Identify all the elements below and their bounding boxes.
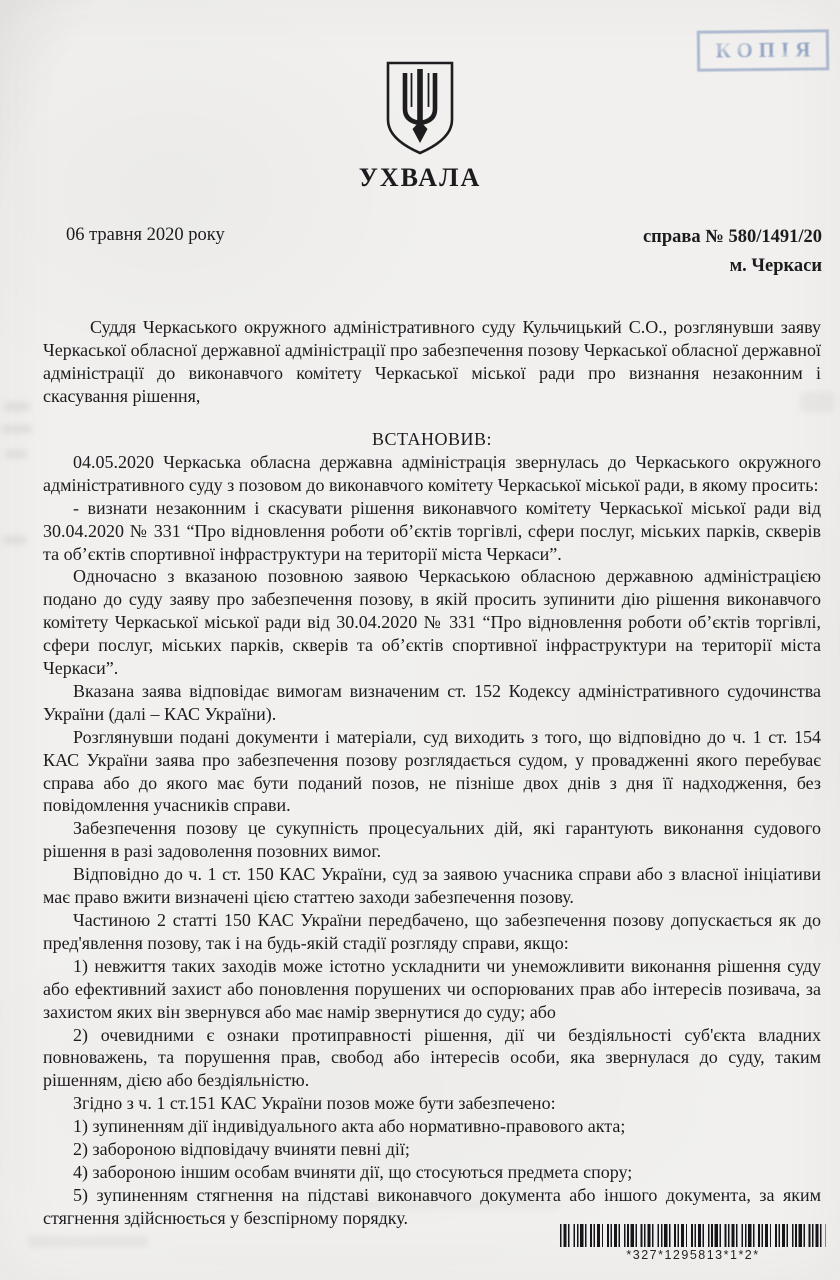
scan-smudge [3, 536, 27, 544]
body-paragraph: Розглянувши подані документи і матеріали… [43, 726, 821, 818]
body-paragraph: Частиною 2 статті 150 КАС України передб… [43, 909, 821, 955]
body-paragraph: 1) невжиття таких заходів може істотно у… [43, 955, 821, 1024]
document-header: УХВАЛА [0, 0, 840, 193]
copy-stamp: КОПІЯ [697, 29, 829, 71]
case-city: м. Черкаси [643, 252, 822, 281]
document-body: Суддя Черкаського окружного адміністрати… [0, 316, 840, 1229]
body-paragraph: Згідно з ч. 1 ст.151 КАС України позов м… [43, 1092, 821, 1115]
body-paragraph: 2) очевидними є ознаки протиправності рі… [43, 1024, 821, 1093]
coat-of-arms-trident-icon [379, 60, 461, 161]
body-paragraph: Забезпечення позову це сукупність процес… [43, 817, 821, 863]
body-paragraph: 1) зупиненням дії індивідуального акта а… [43, 1115, 821, 1138]
section-heading: ВСТАНОВИВ: [43, 428, 821, 451]
meta-row: 06 травня 2020 року справа № 580/1491/20… [0, 223, 840, 280]
document-page: КОПІЯ УХВАЛА 06 травня 2020 року справа … [0, 0, 840, 1280]
barcode-bars-icon [560, 1224, 826, 1247]
scan-smudge [5, 450, 27, 458]
case-number: справа № 580/1491/20 [643, 223, 822, 252]
body-paragraph: Одночасно з вказаною позовною заявою Чер… [43, 565, 821, 680]
scan-smudge [2, 425, 32, 433]
barcode-text: *327*1295813*1*2* [560, 1248, 826, 1262]
document-date: 06 травня 2020 року [66, 223, 225, 246]
copy-stamp-label: КОПІЯ [710, 37, 817, 63]
body-paragraph: - визнати незаконним і скасувати рішення… [43, 497, 821, 566]
scan-smudge [4, 402, 30, 411]
scan-smudge [28, 1236, 148, 1247]
body-paragraph: 4) забороною іншим особам вчиняти дії, щ… [43, 1161, 821, 1184]
body-paragraph: 2) забороною відповідачу вчиняти певні д… [43, 1138, 821, 1161]
body-paragraph: Відповідно до ч. 1 ст. 150 КАС України, … [43, 863, 821, 909]
body-paragraph: Вказана заява відповідає вимогам визначе… [43, 680, 821, 726]
body-paragraph: 04.05.2020 Черкаська обласна державна ад… [43, 451, 821, 497]
scan-smudge [300, 1201, 560, 1209]
intro-paragraph: Суддя Черкаського окружного адміністрати… [43, 316, 821, 408]
document-title: УХВАЛА [0, 163, 840, 193]
case-info: справа № 580/1491/20 м. Черкаси [643, 223, 822, 280]
scan-smudge [800, 392, 834, 412]
barcode: *327*1295813*1*2* [560, 1224, 826, 1262]
